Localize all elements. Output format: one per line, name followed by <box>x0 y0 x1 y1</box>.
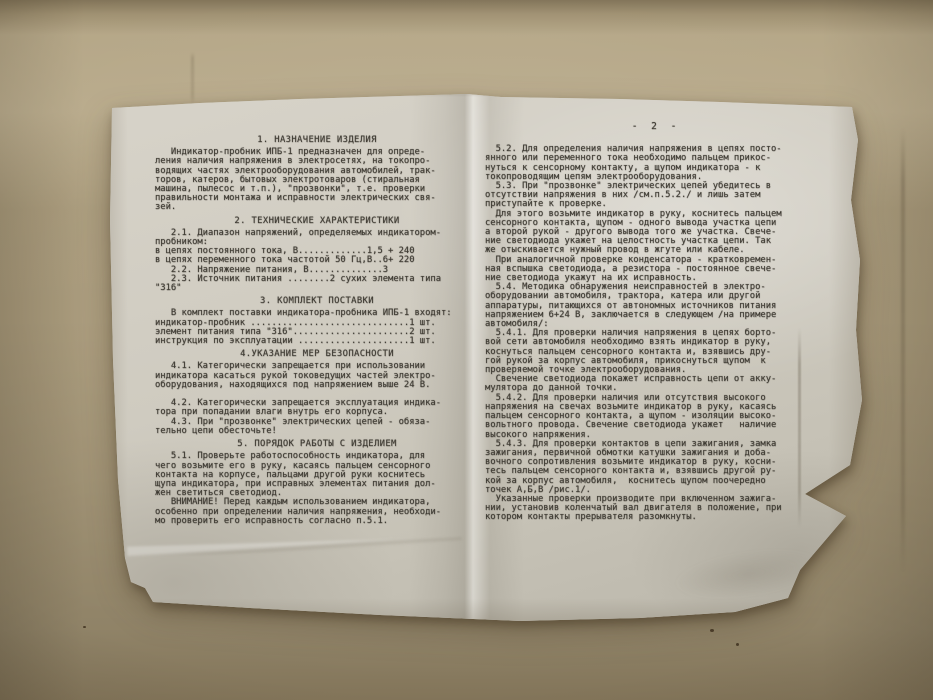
page-2-body: 5.2. Для определения наличия напряжения … <box>485 145 827 522</box>
page-2: - 2 - 5.2. Для определения наличия напря… <box>485 122 827 523</box>
section-3-heading: 3. КОМПЛЕКТ ПОСТАВКИ <box>155 297 479 306</box>
cardboard-seam-right <box>901 128 905 572</box>
page-number: - 2 - <box>485 122 827 131</box>
section-1-heading: 1. НАЗНАЧЕНИЕ ИЗДЕЛИЯ <box>155 136 479 145</box>
section-4-heading: 4.УКАЗАНИЕ МЕР БЕЗОПАСНОСТИ <box>155 350 479 359</box>
instruction-sheet-wrap: 1. НАЗНАЧЕНИЕ ИЗДЕЛИЯ Индикатор-пробник … <box>105 90 867 625</box>
section-1-body: Индикатор-пробник ИПБ-1 предназначен для… <box>155 148 479 212</box>
section-5-heading: 5. ПОРЯДОК РАБОТЫ С ИЗДЕЛИЕМ <box>155 440 479 449</box>
cardboard-speck <box>83 626 86 628</box>
section-naznachenie: 1. НАЗНАЧЕНИЕ ИЗДЕЛИЯ Индикатор-пробник … <box>155 136 479 213</box>
paper-crease-diagonal <box>658 536 839 612</box>
section-2-body: 2.1. Диапазон напряжений, определяемых и… <box>155 229 479 293</box>
section-5-body: 5.1. Проверьте работоспособность индикат… <box>155 452 479 526</box>
section-4-body: 4.1. Категорически запрещается при испол… <box>155 362 479 436</box>
section-tekh-kharakteristiki: 2. ТЕХНИЧЕСКИЕ ХАРАКТЕРИСТИКИ 2.1. Диапа… <box>155 217 479 294</box>
section-3-body: В комплект поставки индикатора-пробника … <box>155 309 479 346</box>
section-poryadok-raboty: 5. ПОРЯДОК РАБОТЫ С ИЗДЕЛИЕМ 5.1. Провер… <box>155 440 479 526</box>
photo-scene: 1. НАЗНАЧЕНИЕ ИЗДЕЛИЯ Индикатор-пробник … <box>0 0 933 700</box>
paper-crease-horizontal <box>127 537 462 556</box>
instruction-sheet: 1. НАЗНАЧЕНИЕ ИЗДЕЛИЯ Индикатор-пробник … <box>105 90 867 625</box>
page-1: 1. НАЗНАЧЕНИЕ ИЗДЕЛИЯ Индикатор-пробник … <box>155 136 479 526</box>
cardboard-speck <box>736 643 739 646</box>
cardboard-speck <box>710 629 714 632</box>
section-mery-bezopasnosti: 4.УКАЗАНИЕ МЕР БЕЗОПАСНОСТИ 4.1. Категор… <box>155 350 479 436</box>
section-2-heading: 2. ТЕХНИЧЕСКИЕ ХАРАКТЕРИСТИКИ <box>155 217 479 226</box>
section-komplekt-postavki: 3. КОМПЛЕКТ ПОСТАВКИ В комплект поставки… <box>155 297 479 346</box>
